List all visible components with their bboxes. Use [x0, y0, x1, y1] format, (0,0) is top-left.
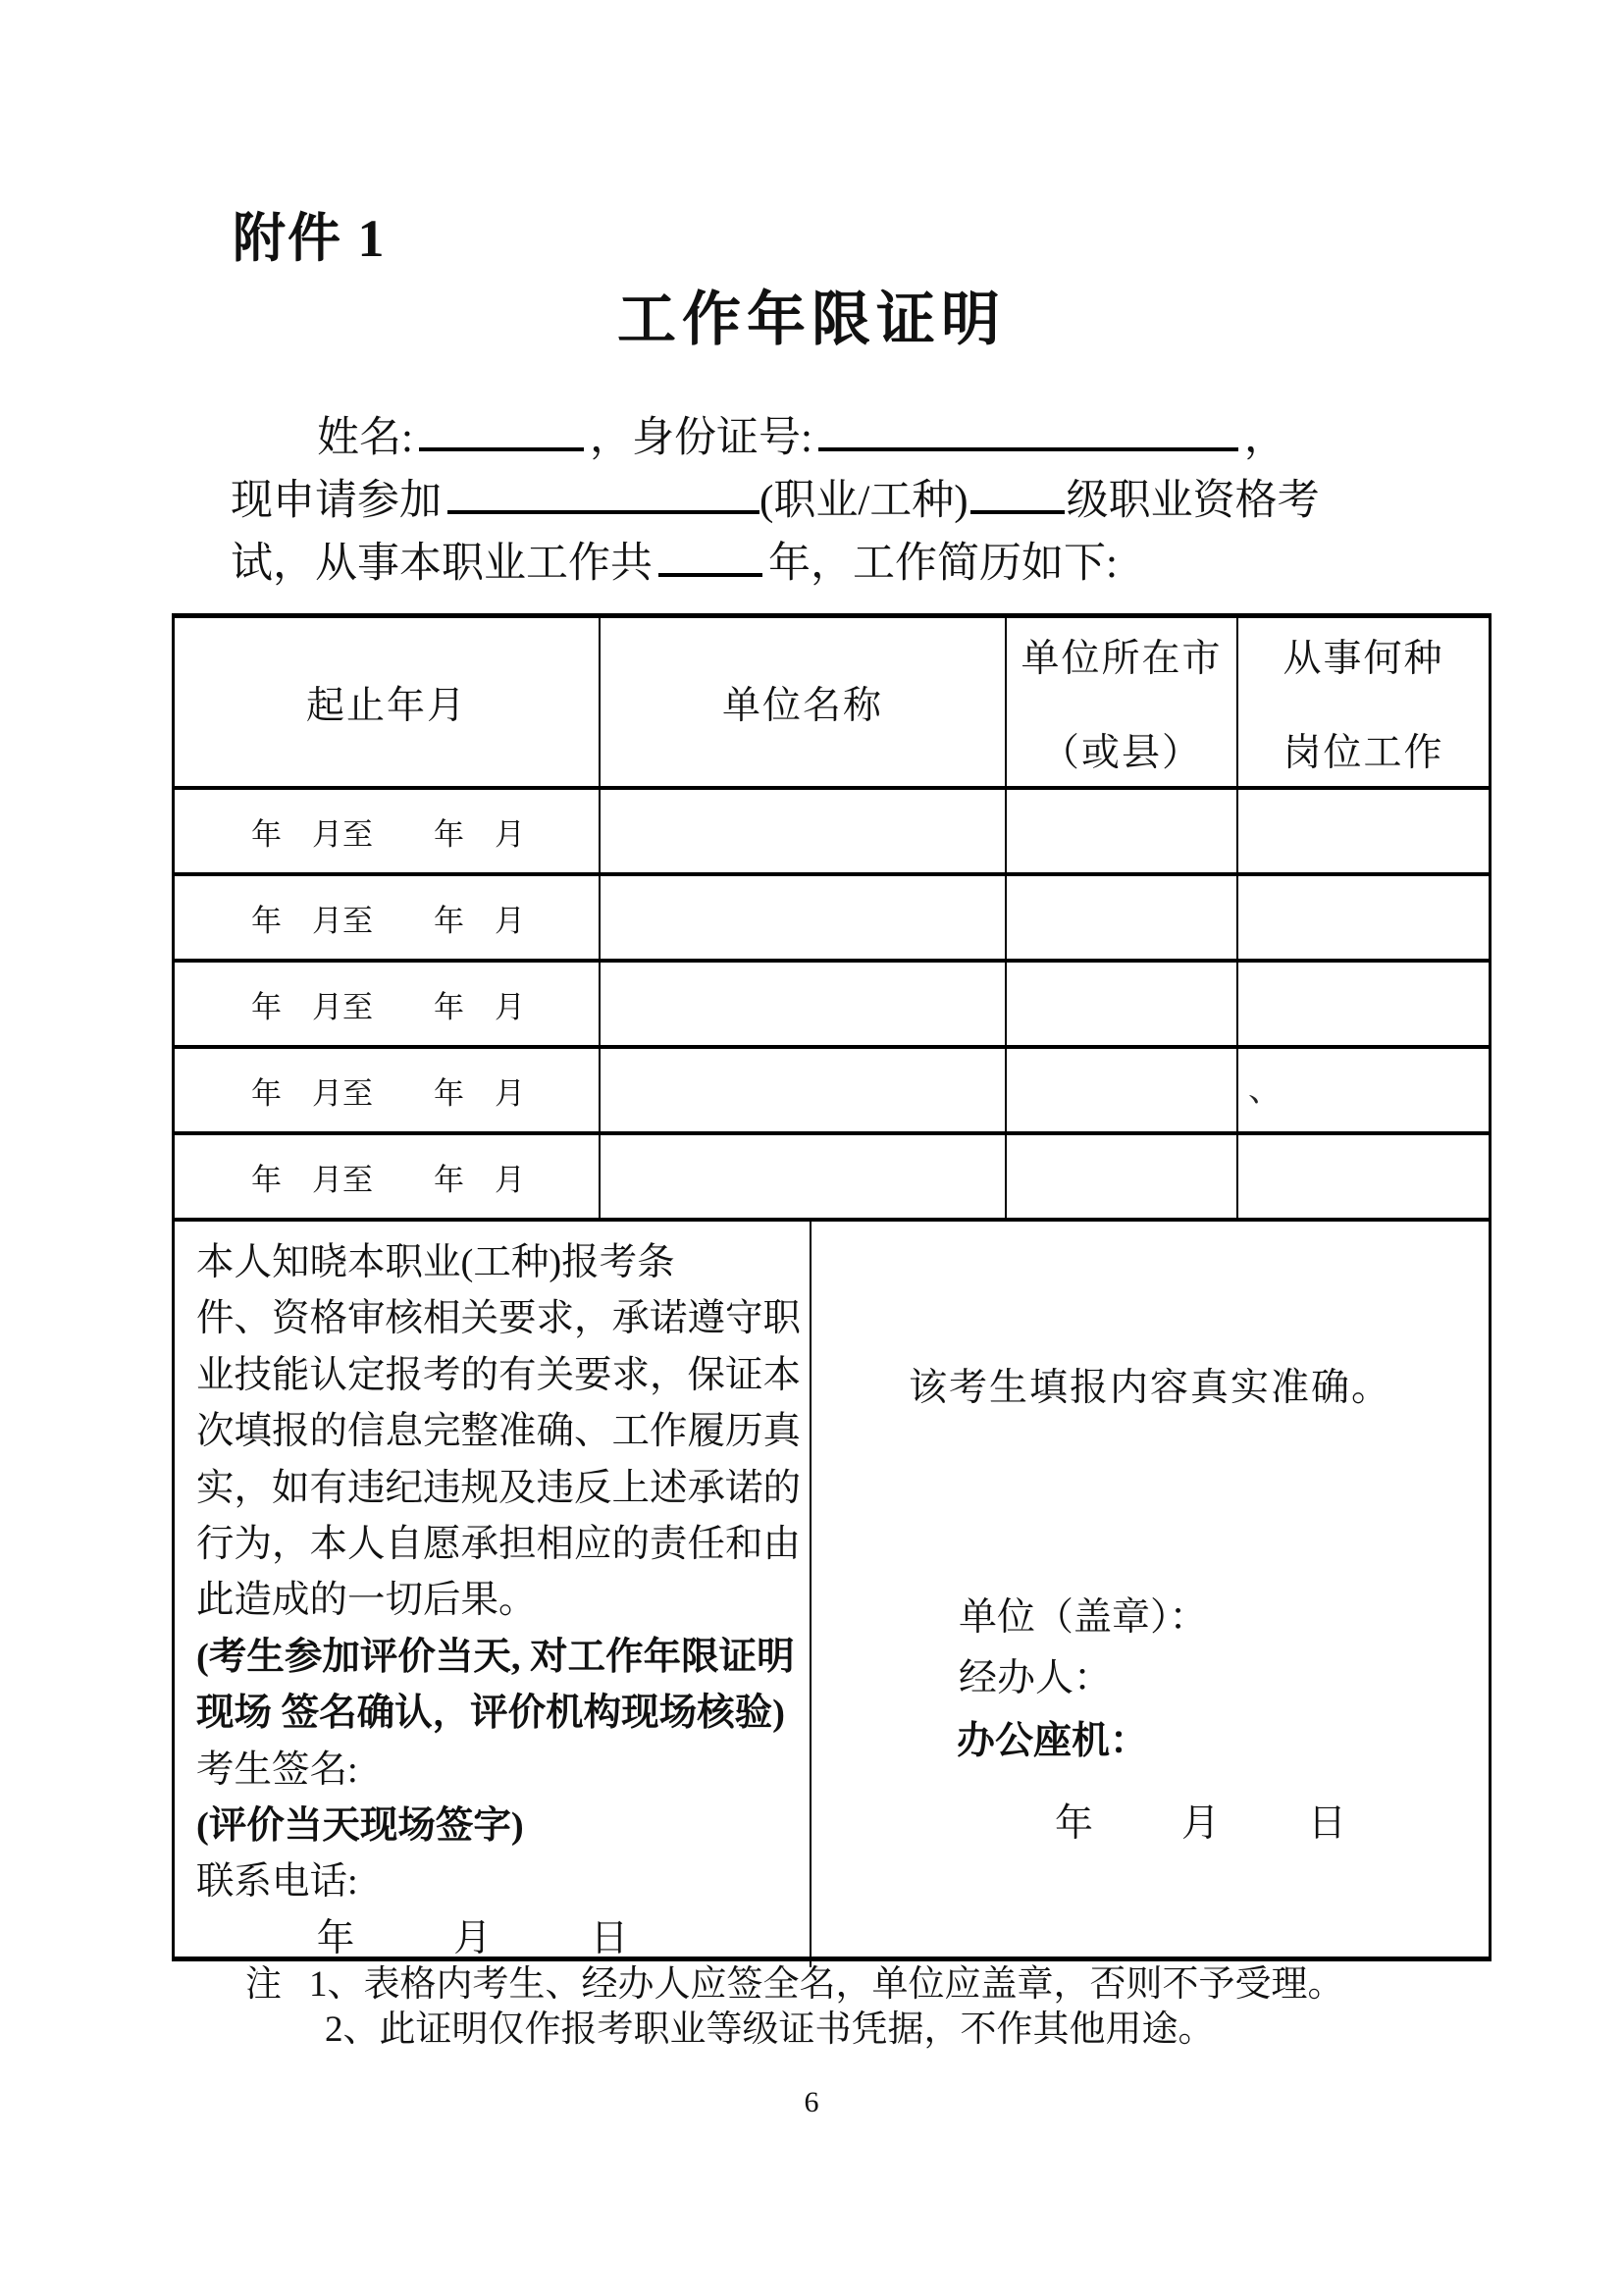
history-label: 年，工作简历如下:	[768, 541, 1118, 587]
declaration-line: 行为，本人自愿承担相应的责任和由	[196, 1517, 796, 1573]
unit-confirmation-cell: 该考生填报内容真实准确。 单位（盖章）： 经办人： 办公座机： 年 月 日	[811, 1222, 1489, 1967]
declaration-note-line: (考生参加评价当天, 对工作年限证明	[196, 1630, 796, 1686]
declaration-line: 件、资格审核相关要求，承诺遵守职	[196, 1291, 796, 1347]
handler-label: 经办人：	[959, 1647, 1112, 1702]
declaration-line: 此造成的一切后果。	[196, 1573, 796, 1629]
level-blank	[970, 471, 1065, 514]
table-row: 年 月至 年 月	[175, 876, 1489, 963]
intro-line-3: 试，从事本职业工作共年，工作简历如下:	[231, 533, 1457, 596]
unit-date-line: 年 月 日	[1055, 1793, 1350, 1848]
id-blank	[818, 408, 1238, 451]
unit-seal-label: 单位（盖章）：	[959, 1587, 1208, 1642]
qualification-label: 级职业资格考	[1067, 478, 1320, 524]
period-cell: 年 月至 年 月	[175, 1049, 601, 1131]
unit-name-cell	[601, 790, 1007, 872]
footnote-label: 注	[245, 1964, 282, 2005]
post-type-cell	[1238, 963, 1489, 1045]
declaration-line: 业技能认定报考的有关要求，保证本	[196, 1348, 796, 1404]
table-row: 年 月至 年 月	[175, 1135, 1489, 1222]
work-history-table: 起止年月 单位名称 单位所在市 （或县） 从事何种 岗位工作 年 月至 年 月 …	[172, 613, 1492, 1961]
unit-city-cell	[1007, 876, 1238, 959]
unit-city-cell	[1007, 963, 1238, 1045]
years-label: 试，从事本职业工作共	[231, 541, 653, 587]
page-title: 工作年限证明	[0, 273, 1623, 357]
table-row: 年 月至 年 月	[175, 963, 1489, 1049]
candidate-declaration-cell: 本人知晓本职业(工种)报考条 件、资格审核相关要求，承诺遵守职 业技能认定报考的…	[175, 1222, 811, 1967]
footnote-2: 2、此证明仅作报考职业等级证书凭据，不作其他用途。	[325, 2008, 1344, 2053]
declaration-line: 次填报的信息完整准确、工作履历真	[196, 1404, 796, 1460]
header-unit-city-line1: 单位所在市	[1021, 628, 1222, 683]
occupation-blank	[447, 471, 759, 514]
document-page: 附件 1 工作年限证明 姓名:，身份证号:， 现申请参加(职业/工种)级职业资格…	[0, 0, 1623, 2296]
header-post-type-line2: 岗位工作	[1283, 722, 1443, 777]
footnote-1-text: 1、表格内考生、经办人应签全名，单位应盖章，否则不予受理。	[309, 1964, 1344, 2005]
table-row: 年 月至 年 月 、	[175, 1049, 1489, 1135]
signature-instruction-line: (评价当天现场签字)	[196, 1799, 796, 1854]
unit-city-cell	[1007, 790, 1238, 872]
candidate-signature-label: 考生签名:	[196, 1743, 796, 1799]
declaration-row: 本人知晓本职业(工种)报考条 件、资格审核相关要求，承诺遵守职 业技能认定报考的…	[175, 1222, 1489, 1957]
post-type-cell	[1238, 790, 1489, 872]
header-period: 起止年月	[175, 618, 601, 786]
apply-label: 现申请参加	[231, 478, 442, 524]
stray-scan-mark: 、	[1248, 1074, 1282, 1108]
header-unit-city-line2: （或县）	[1041, 722, 1202, 777]
post-type-cell	[1238, 1135, 1489, 1218]
intro-line-2: 现申请参加(职业/工种)级职业资格考	[231, 470, 1457, 533]
table-row: 年 月至 年 月	[175, 790, 1489, 876]
period-cell: 年 月至 年 月	[175, 876, 601, 959]
post-type-cell: 、	[1238, 1049, 1489, 1131]
years-blank	[658, 534, 762, 577]
declaration-line: 本人知晓本职业(工种)报考条	[196, 1235, 796, 1291]
page-number: 6	[0, 2086, 1623, 2119]
attachment-label: 附件 1	[233, 196, 387, 272]
id-label: ，身份证号:	[590, 415, 812, 461]
footnote-1: 注1、表格内考生、经办人应签全名，单位应盖章，否则不予受理。	[245, 1962, 1344, 2008]
period-cell: 年 月至 年 月	[175, 1135, 601, 1218]
name-blank	[419, 408, 584, 451]
declaration-line: 实，如有违纪违规及违反上述承诺的	[196, 1461, 796, 1517]
intro-line-1: 姓名:，身份证号:，	[231, 407, 1457, 470]
office-phone-label: 办公座机：	[957, 1710, 1148, 1765]
intro-paragraph: 姓名:，身份证号:， 现申请参加(职业/工种)级职业资格考 试，从事本职业工作共…	[231, 407, 1457, 596]
unit-name-cell	[601, 1135, 1007, 1218]
post-type-cell	[1238, 876, 1489, 959]
footnote-2-text: 2、此证明仅作报考职业等级证书凭据，不作其他用途。	[325, 2009, 1215, 2050]
period-cell: 年 月至 年 月	[175, 963, 601, 1045]
occupation-label: (职业/工种)	[759, 478, 969, 524]
table-header-row: 起止年月 单位名称 单位所在市 （或县） 从事何种 岗位工作	[175, 618, 1489, 790]
header-post-type-line1: 从事何种	[1283, 628, 1443, 683]
contact-phone-label: 联系电话:	[196, 1854, 796, 1910]
unit-name-cell	[601, 876, 1007, 959]
unit-city-cell	[1007, 1135, 1238, 1218]
name-label: 姓名:	[317, 415, 413, 461]
declaration-note-line: 现场 签名确认，评价机构现场核验)	[196, 1686, 796, 1742]
candidate-date-line: 年 月 日	[196, 1911, 796, 1967]
header-post-type: 从事何种 岗位工作	[1238, 618, 1489, 786]
unit-name-cell	[601, 1049, 1007, 1131]
unit-city-cell	[1007, 1049, 1238, 1131]
header-unit-city: 单位所在市 （或县）	[1007, 618, 1238, 786]
unit-confirm-statement: 该考生填报内容真实准确。	[811, 1357, 1489, 1412]
header-unit-name: 单位名称	[601, 618, 1007, 786]
period-cell: 年 月至 年 月	[175, 790, 601, 872]
footnotes: 注1、表格内考生、经办人应签全名，单位应盖章，否则不予受理。 2、此证明仅作报考…	[245, 1962, 1344, 2053]
unit-name-cell	[601, 963, 1007, 1045]
intro-line1-comma: ，	[1244, 415, 1286, 461]
